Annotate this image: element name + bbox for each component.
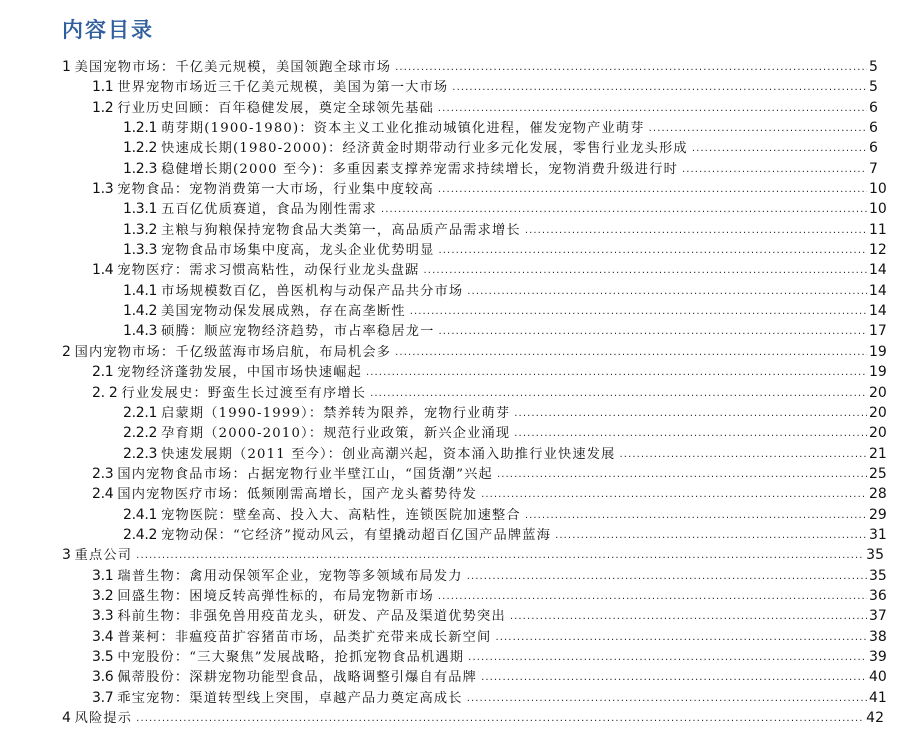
toc-entry-title: 宠物医院：壁垒高、投入大、高粘性，连锁医院加速整合 xyxy=(161,506,521,526)
toc-entry-page-number: 41 xyxy=(869,688,877,708)
toc-entry-title: 宠物经济蓬勃发展，中国市场快速崛起 xyxy=(117,363,362,383)
toc-entry-number: 1.3.3 xyxy=(123,240,157,260)
toc-entry-1[interactable]: 1 美国宠物市场：千亿美元规模，美国领跑全球市场 5 xyxy=(62,57,877,77)
dot-leader xyxy=(424,261,867,281)
toc-entry-number: 1.4 xyxy=(92,260,113,280)
toc-entry-number: 4 xyxy=(62,708,71,728)
dot-leader xyxy=(481,485,867,505)
toc-entry-2-2-2[interactable]: 2.2.2 孕育期（2000-2010）：规范行业政策，新兴企业涌现 20 xyxy=(62,423,877,443)
toc-entry-number: 3.3 xyxy=(92,606,113,626)
toc-entry-page-number: 37 xyxy=(869,606,877,626)
toc-entry-1-4[interactable]: 1.4 宠物医疗：需求习惯高粘性，动保行业龙头盘踞 14 xyxy=(62,260,877,280)
toc-entry-number: 3.4 xyxy=(92,627,113,647)
toc-entry-number: 1.2.1 xyxy=(123,118,157,138)
toc-entry-page-number: 10 xyxy=(869,179,877,199)
toc-entry-2-4[interactable]: 2.4 国内宠物医疗市场：低频刚需高增长，国产龙头蓄势待发 28 xyxy=(62,484,877,504)
toc-entry-1-2-3[interactable]: 1.2.3 稳健增长期(2000 至今)：多重因素支撑养宠需求持续增长，宠物消费… xyxy=(62,159,877,179)
toc-entry-2-1[interactable]: 2.1 宠物经济蓬勃发展，中国市场快速崛起 19 xyxy=(62,362,877,382)
toc-entry-3-3[interactable]: 3.3 科前生物：非强免兽用疫苗龙头，研发、产品及渠道优势突出 37 xyxy=(62,606,877,626)
toc-entry-title: 瑞普生物：禽用动保领军企业，宠物等多领域布局发力 xyxy=(117,567,462,587)
toc-entry-number: 2. 2 xyxy=(92,383,118,403)
toc-entry-title: 回盛生物：困境反转高弹性标的，布局宠物新市场 xyxy=(117,587,434,607)
toc-entry-1-2-2[interactable]: 1.2.2 快速成长期(1980-2000)：经济黄金时期带动行业多元化发展，零… xyxy=(62,138,877,158)
toc-entry-number: 1.4.2 xyxy=(123,301,157,321)
toc-entry-page-number: 28 xyxy=(869,484,877,504)
toc-entry-number: 1.4.1 xyxy=(123,281,157,301)
toc-entry-title: 主粮与狗粮保持宠物食品大类第一，高品质产品需求增长 xyxy=(161,221,521,241)
dot-leader xyxy=(525,506,867,526)
dot-leader xyxy=(395,343,867,363)
toc-entry-page-number: 17 xyxy=(869,321,877,341)
toc-entry-page-number: 6 xyxy=(869,118,877,138)
dot-leader xyxy=(692,139,867,159)
dot-leader xyxy=(514,424,867,444)
toc-entry-title: 快速成长期(1980-2000)：经济黄金时期带动行业多元化发展，零售行业龙头形… xyxy=(161,139,688,159)
dot-leader xyxy=(410,302,867,322)
toc-entry-3[interactable]: 3 重点公司 35 xyxy=(62,545,877,565)
toc-entry-title: 科前生物：非强免兽用疫苗龙头，研发、产品及渠道优势突出 xyxy=(117,607,505,627)
toc-entry-3-6[interactable]: 3.6 佩蒂股份：深耕宠物功能型食品，战略调整引爆自有品牌 40 xyxy=(62,667,877,687)
toc-entry-page-number: 36 xyxy=(869,586,877,606)
toc-entry-title: 行业发展史：野蛮生长过渡至有序增长 xyxy=(122,384,367,404)
toc-entry-2-4-1[interactable]: 2.4.1 宠物医院：壁垒高、投入大、高粘性，连锁医院加速整合 29 xyxy=(62,505,877,525)
dot-leader xyxy=(467,567,867,587)
toc-entry-2[interactable]: 2 国内宠物市场：千亿级蓝海市场启航，布局机会多 19 xyxy=(62,342,877,362)
toc-entry-page-number: 5 xyxy=(869,57,877,77)
toc-entry-2-2-3[interactable]: 2.2.3 快速发展期（2011 至今）：创业高潮兴起，资本涌入助推行业快速发展… xyxy=(62,444,877,464)
toc-entry-page-number: 25 xyxy=(869,464,877,484)
toc-entry-number: 1.2.2 xyxy=(123,138,157,158)
toc-entry-title: 宠物动保：“它经济”搅动风云，有望撬动超百亿国产品牌蓝海 xyxy=(161,526,551,546)
toc-entry-number: 3.7 xyxy=(92,688,113,708)
toc-entry-3-4[interactable]: 3.4 普莱柯：非瘟疫苗扩容猪苗市场，品类扩充带来成长新空间 38 xyxy=(62,627,877,647)
toc-entry-1-4-3[interactable]: 1.4.3 硕腾：顺应宠物经济趋势，市占率稳居龙一 17 xyxy=(62,321,877,341)
toc-entry-title: 启蒙期（1990-1999）：禁养转为限养，宠物行业萌芽 xyxy=(161,404,510,424)
toc-entry-number: 3.6 xyxy=(92,667,113,687)
toc-entry-title: 行业历史回顾：百年稳健发展，奠定全球领先基础 xyxy=(117,99,434,119)
toc-entry-title: 美国宠物市场：千亿美元规模，美国领跑全球市场 xyxy=(75,58,392,78)
toc-entry-1-3-2[interactable]: 1.3.2 主粮与狗粮保持宠物食品大类第一，高品质产品需求增长 11 xyxy=(62,220,877,240)
toc-entry-1-3-1[interactable]: 1.3.1 五百亿优质赛道，食品为刚性需求 10 xyxy=(62,199,877,219)
toc-entry-title: 中宠股份：“三大聚焦”发展战略，抢抓宠物食品机遇期 xyxy=(117,648,464,668)
dot-leader xyxy=(497,465,867,485)
toc-entry-2-2-1[interactable]: 2.2.1 启蒙期（1990-1999）：禁养转为限养，宠物行业萌芽 20 xyxy=(62,403,877,423)
toc-entry-1-4-1[interactable]: 1.4.1 市场规模数百亿，兽医机构与动保产品共分市场 14 xyxy=(62,281,877,301)
toc-entry-number: 2.4 xyxy=(92,484,113,504)
toc-entry-title: 国内宠物食品市场：占据宠物行业半壁江山，“国货潮”兴起 xyxy=(117,465,493,485)
toc-entry-title: 宠物医疗：需求习惯高粘性，动保行业龙头盘踞 xyxy=(117,261,419,281)
toc-entry-4[interactable]: 4 风险提示 42 xyxy=(62,708,877,728)
dot-leader xyxy=(514,404,867,424)
dot-leader xyxy=(555,526,867,546)
toc-entry-title: 乖宝宠物：渠道转型线上突围，卓越产品力奠定高成长 xyxy=(117,689,462,709)
toc-entry-title: 宠物食品：宠物消费第一大市场，行业集中度较高 xyxy=(117,180,434,200)
toc-entry-number: 2.2.3 xyxy=(123,444,157,464)
toc-entry-title: 国内宠物医疗市场：低频刚需高增长，国产龙头蓄势待发 xyxy=(117,485,477,505)
toc-entry-number: 1.3 xyxy=(92,179,113,199)
toc-entry-title: 佩蒂股份：深耕宠物功能型食品，战略调整引爆自有品牌 xyxy=(117,668,477,688)
toc-entry-1-4-2[interactable]: 1.4.2 美国宠物动保发展成熟，存在高垄断性 14 xyxy=(62,301,877,321)
toc-entry-page-number: 14 xyxy=(869,260,877,280)
toc-entry-1-1[interactable]: 1.1 世界宠物市场近三千亿美元规模，美国为第一大市场 5 xyxy=(62,77,877,97)
toc-entry-page-number: 35 xyxy=(866,545,877,565)
dot-leader xyxy=(136,709,864,729)
toc-entry-title: 硕腾：顺应宠物经济趋势，市占率稳居龙一 xyxy=(161,322,434,342)
toc-entry-page-number: 29 xyxy=(869,505,877,525)
toc-entry-title: 稳健增长期(2000 至今)：多重因素支撑养宠需求持续增长，宠物消费升级进行时 xyxy=(161,160,678,180)
toc-entry-page-number: 12 xyxy=(869,240,877,260)
toc-entry-number: 3.2 xyxy=(92,586,113,606)
toc-title: 内容目录 xyxy=(62,14,154,44)
toc-entry-page-number: 5 xyxy=(869,77,877,97)
toc-entry-number: 2 xyxy=(62,342,71,362)
toc-entry-title: 重点公司 xyxy=(75,546,133,566)
toc-entry-3-2[interactable]: 3.2 回盛生物：困境反转高弹性标的，布局宠物新市场 36 xyxy=(62,586,877,606)
toc-entry-title: 萌芽期(1900-1980)：资本主义工业化推动城镇化进程，催发宠物产业萌芽 xyxy=(161,119,645,139)
dot-leader xyxy=(366,363,867,383)
toc-entry-number: 1.3.2 xyxy=(123,220,157,240)
toc-entry-title: 五百亿优质赛道，食品为刚性需求 xyxy=(161,200,377,220)
toc-entry-page-number: 21 xyxy=(869,444,877,464)
toc-entry-2-3[interactable]: 2.3 国内宠物食品市场：占据宠物行业半壁江山，“国货潮”兴起 25 xyxy=(62,464,877,484)
dot-leader xyxy=(439,241,868,261)
dot-leader xyxy=(438,99,867,119)
toc-entry-title: 普莱柯：非瘟疫苗扩容猪苗市场，品类扩充带来成长新空间 xyxy=(117,628,491,648)
toc-entry-2-4-2[interactable]: 2.4.2 宠物动保：“它经济”搅动风云，有望撬动超百亿国产品牌蓝海 31 xyxy=(62,525,877,545)
dot-leader xyxy=(381,200,867,220)
toc-entry-page-number: 39 xyxy=(869,647,877,667)
dot-leader xyxy=(481,668,867,688)
dot-leader xyxy=(467,282,867,302)
toc-entry-number: 3 xyxy=(62,545,71,565)
toc-entry-number: 1.2.3 xyxy=(123,159,157,179)
toc-entry-title: 孕育期（2000-2010）：规范行业政策，新兴企业涌现 xyxy=(161,424,510,444)
toc-entry-1-2-1[interactable]: 1.2.1 萌芽期(1900-1980)：资本主义工业化推动城镇化进程，催发宠物… xyxy=(62,118,877,138)
toc-entry-page-number: 40 xyxy=(869,667,877,687)
toc-entry-number: 2.1 xyxy=(92,362,113,382)
toc-entry-page-number: 38 xyxy=(869,627,877,647)
toc-entry-title: 世界宠物市场近三千亿美元规模，美国为第一大市场 xyxy=(117,78,448,98)
toc-entry-number: 1.3.1 xyxy=(123,199,157,219)
toc-entry-page-number: 20 xyxy=(869,383,877,403)
dot-leader xyxy=(395,58,867,78)
toc-entry-page-number: 6 xyxy=(869,138,877,158)
dot-leader xyxy=(452,78,867,98)
dot-leader xyxy=(439,322,868,342)
toc-entry-page-number: 19 xyxy=(869,362,877,382)
toc-entry-page-number: 35 xyxy=(869,566,877,586)
toc-entry-page-number: 11 xyxy=(869,220,877,240)
dot-leader xyxy=(620,445,867,465)
dot-leader xyxy=(136,546,864,566)
toc-entry-1-3[interactable]: 1.3 宠物食品：宠物消费第一大市场，行业集中度较高 10 xyxy=(62,179,877,199)
toc-entry-page-number: 6 xyxy=(869,98,877,118)
toc-entry-3-5[interactable]: 3.5 中宠股份：“三大聚焦”发展战略，抢抓宠物食品机遇期 39 xyxy=(62,647,877,667)
toc-entry-1-3-3[interactable]: 1.3.3 宠物食品市场集中度高，龙头企业优势明显 12 xyxy=(62,240,877,260)
toc-entry-page-number: 14 xyxy=(869,301,877,321)
toc-entry-title: 美国宠物动保发展成熟，存在高垄断性 xyxy=(161,302,406,322)
toc-entry-number: 2.4.2 xyxy=(123,525,157,545)
toc-entry-number: 1 xyxy=(62,57,71,77)
toc-entry-number: 2.2.2 xyxy=(123,423,157,443)
dot-leader xyxy=(468,648,867,668)
toc-entry-number: 2.2.1 xyxy=(123,403,157,423)
toc-entry-3-7[interactable]: 3.7 乖宝宠物：渠道转型线上突围，卓越产品力奠定高成长 41 xyxy=(62,688,877,708)
toc-entry-title: 国内宠物市场：千亿级蓝海市场启航，布局机会多 xyxy=(75,343,392,363)
dot-leader xyxy=(495,628,867,648)
toc-entry-title: 宠物食品市场集中度高，龙头企业优势明显 xyxy=(161,241,434,261)
toc-entry-1-2[interactable]: 1.2 行业历史回顾：百年稳健发展，奠定全球领先基础 6 xyxy=(62,98,877,118)
toc-entry-number: 3.1 xyxy=(92,566,113,586)
toc-entry-page-number: 7 xyxy=(869,159,877,179)
dot-leader xyxy=(438,180,867,200)
dot-leader xyxy=(525,221,867,241)
toc-entry-2-2[interactable]: 2. 2 行业发展史：野蛮生长过渡至有序增长 20 xyxy=(62,383,877,403)
toc-entry-page-number: 20 xyxy=(869,403,877,423)
toc-entry-page-number: 20 xyxy=(869,423,877,443)
dot-leader xyxy=(467,689,867,709)
toc-entry-page-number: 31 xyxy=(869,525,877,545)
toc-entry-title: 风险提示 xyxy=(75,709,133,729)
toc-entry-title: 市场规模数百亿，兽医机构与动保产品共分市场 xyxy=(161,282,463,302)
dot-leader xyxy=(682,160,867,180)
table-of-contents: 1 美国宠物市场：千亿美元规模，美国领跑全球市场 5 1.1 世界宠物市场近三千… xyxy=(62,57,877,728)
toc-entry-page-number: 10 xyxy=(869,199,877,219)
toc-entry-3-1[interactable]: 3.1 瑞普生物：禽用动保领军企业，宠物等多领域布局发力 35 xyxy=(62,566,877,586)
toc-entry-number: 2.4.1 xyxy=(123,505,157,525)
dot-leader xyxy=(370,384,867,404)
dot-leader xyxy=(510,607,867,627)
dot-leader xyxy=(438,587,867,607)
toc-entry-page-number: 14 xyxy=(869,281,877,301)
toc-entry-number: 1.2 xyxy=(92,98,113,118)
toc-entry-page-number: 42 xyxy=(866,708,877,728)
toc-entry-number: 3.5 xyxy=(92,647,113,667)
dot-leader xyxy=(649,119,867,139)
toc-entry-page-number: 19 xyxy=(869,342,877,362)
toc-entry-number: 2.3 xyxy=(92,464,113,484)
toc-entry-number: 1.4.3 xyxy=(123,321,157,341)
toc-entry-number: 1.1 xyxy=(92,77,113,97)
toc-entry-title: 快速发展期（2011 至今）：创业高潮兴起，资本涌入助推行业快速发展 xyxy=(161,445,615,465)
